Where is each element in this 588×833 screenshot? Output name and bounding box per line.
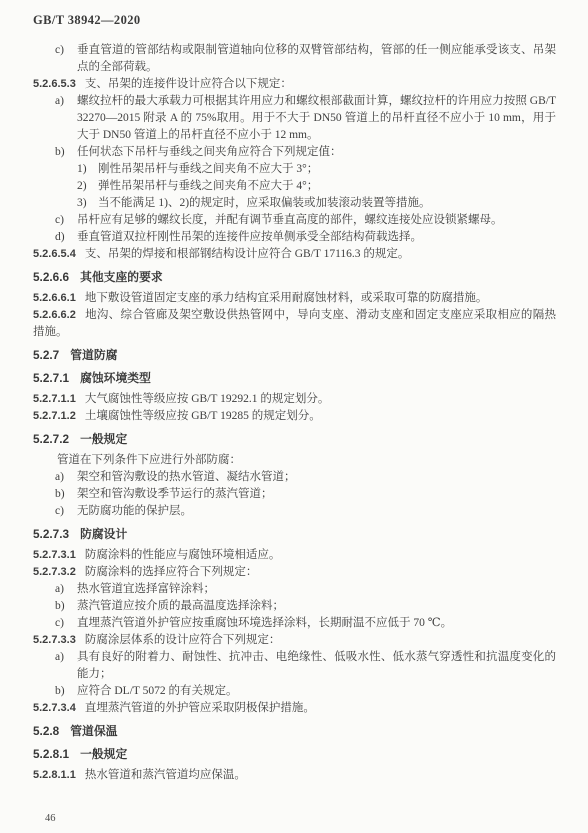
list-item-text: 垂直管道的管部结构或限制管道轴向位移的双臂管部结构，管部的任一侧应能承受该支、吊…: [77, 42, 556, 76]
list-item: b)蒸汽管道应按介质的最高温度选择涂料；: [55, 598, 556, 615]
clause-text: 大气腐蚀性等级应按 GB/T 19292.1 的规定划分。: [85, 393, 330, 405]
list-item: a)具有良好的附着力、耐蚀性、抗冲击、电绝缘性、低吸水性、低水蒸气穿透性和抗温度…: [55, 649, 556, 683]
list-item-text: 当不能满足 1)、2)的规定时，应采取偏装或加装滚动装置等措施。: [98, 195, 556, 212]
list-item-text: 直埋蒸汽管道外护管应按重腐蚀环境选择涂料，长期耐温不应低于 70 ℃。: [77, 615, 556, 632]
heading-number: 5.2.7.2: [33, 432, 69, 446]
clause-paragraph: 5.2.6.6.1地下敷设管道固定支座的承力结构宜采用耐腐蚀材料，或采取可靠的防…: [33, 290, 556, 307]
heading-title: 防腐设计: [80, 527, 127, 541]
document-body: c)垂直管道的管部结构或限制管道轴向位移的双臂管部结构，管部的任一侧应能承受该支…: [33, 42, 556, 784]
heading-title: 管道防腐: [70, 348, 117, 362]
heading-title: 腐蚀环境类型: [80, 371, 151, 385]
list-item: a)热水管道宜选择富锌涂料；: [55, 581, 556, 598]
clause-paragraph: 5.2.7.3.1防腐涂料的性能应与腐蚀环境相适应。: [33, 547, 556, 564]
section-heading: 5.2.7.3防腐设计: [33, 526, 556, 543]
clause-paragraph: 5.2.7.1.2土壤腐蚀性等级应按 GB/T 19285 的规定划分。: [33, 408, 556, 425]
list-item: c)垂直管道的管部结构或限制管道轴向位移的双臂管部结构，管部的任一侧应能承受该支…: [55, 42, 556, 76]
clause-paragraph: 5.2.6.5.3支、吊架的连接件设计应符合以下规定：: [33, 76, 556, 93]
clause-text: 防腐涂料的选择应符合下列规定：: [85, 566, 258, 578]
heading-number: 5.2.6.6: [33, 270, 69, 284]
heading-number: 5.2.8: [33, 724, 59, 738]
list-item-text: 螺纹拉杆的最大承载力可根据其许用应力和螺纹根部截面计算，螺纹拉杆的许用应力按照 …: [77, 93, 556, 144]
clause-paragraph: 5.2.7.3.4直埋蒸汽管道的外护管应采取阴极保护措施。: [33, 700, 556, 717]
clause-number: 5.2.7.3.1: [33, 549, 76, 561]
list-item-text: 任何状态下吊杆与垂线之间夹角应符合下列规定值：: [77, 144, 556, 161]
list-item-text: 架空和管沟敷设的热水管道、凝结水管道；: [77, 469, 556, 486]
clause-number: 5.2.6.6.1: [33, 292, 76, 304]
list-item-label: c): [55, 42, 77, 76]
section-heading: 5.2.8管道保温: [33, 723, 556, 740]
list-item-label: c): [55, 615, 77, 632]
heading-number: 5.2.7: [33, 348, 59, 362]
clause-number: 5.2.7.1.2: [33, 410, 76, 422]
heading-number: 5.2.8.1: [33, 747, 69, 761]
clause-paragraph: 5.2.6.6.2地沟、综合管廊及架空敷设供热管网中，导向支座、滑动支座和固定支…: [33, 307, 556, 341]
sub-list-item: 3)当不能满足 1)、2)的规定时，应采取偏装或加装滚动装置等措施。: [77, 195, 556, 212]
list-item-label: a): [55, 469, 77, 486]
list-item-label: a): [55, 649, 77, 683]
section-heading: 5.2.7管道防腐: [33, 347, 556, 364]
heading-title: 其他支座的要求: [80, 270, 163, 284]
list-item: b)架空和管沟敷设季节运行的蒸汽管道；: [55, 486, 556, 503]
list-item-text: 垂直管道双拉杆刚性吊架的连接件应按单侧承受全部结构荷载选择。: [77, 229, 556, 246]
list-item-label: c): [55, 503, 77, 520]
list-item-text: 热水管道宜选择富锌涂料；: [77, 581, 556, 598]
list-item-label: a): [55, 581, 77, 598]
list-item: b)应符合 DL/T 5072 的有关规定。: [55, 683, 556, 700]
list-item-label: 2): [77, 178, 98, 195]
list-item-label: b): [55, 683, 77, 700]
list-item: c)无防腐功能的保护层。: [55, 503, 556, 520]
page-number: 46: [45, 810, 56, 827]
list-item-label: b): [55, 598, 77, 615]
section-heading: 5.2.8.1一般规定: [33, 746, 556, 763]
clause-text: 防腐涂层体系的设计应符合下列规定：: [85, 634, 281, 646]
section-heading: 5.2.7.2一般规定: [33, 431, 556, 448]
list-item-label: b): [55, 486, 77, 503]
heading-title: 管道保温: [70, 724, 117, 738]
list-item-label: 1): [77, 161, 98, 178]
list-item-text: 具有良好的附着力、耐蚀性、抗冲击、电绝缘性、低吸水性、低水蒸气穿透性和抗温度变化…: [77, 649, 556, 683]
clause-text: 土壤腐蚀性等级应按 GB/T 19285 的规定划分。: [85, 410, 321, 422]
list-item-label: 3): [77, 195, 98, 212]
clause-paragraph: 5.2.8.1.1热水管道和蒸汽管道均应保温。: [33, 767, 556, 784]
clause-text: 热水管道和蒸汽管道均应保温。: [85, 769, 246, 781]
list-item: a)螺纹拉杆的最大承载力可根据其许用应力和螺纹根部截面计算，螺纹拉杆的许用应力按…: [55, 93, 556, 144]
clause-text: 防腐涂料的性能应与腐蚀环境相适应。: [85, 549, 281, 561]
clause-text: 支、吊架的焊接和根部钢结构设计应符合 GB/T 17116.3 的规定。: [85, 248, 410, 260]
clause-text: 地下敷设管道固定支座的承力结构宜采用耐腐蚀材料，或采取可靠的防腐措施。: [85, 292, 488, 304]
section-heading: 5.2.7.1腐蚀环境类型: [33, 370, 556, 387]
list-item-label: b): [55, 144, 77, 161]
clause-number: 5.2.6.6.2: [33, 309, 76, 321]
list-item-text: 无防腐功能的保护层。: [77, 503, 556, 520]
heading-number: 5.2.7.3: [33, 527, 69, 541]
list-item-text: 架空和管沟敷设季节运行的蒸汽管道；: [77, 486, 556, 503]
clause-number: 5.2.7.3.4: [33, 702, 76, 714]
sub-list-item: 2)弹性吊架吊杆与垂线之间夹角不应大于 4°；: [77, 178, 556, 195]
list-item-label: d): [55, 229, 77, 246]
list-item: b)任何状态下吊杆与垂线之间夹角应符合下列规定值：: [55, 144, 556, 161]
list-item-text: 吊杆应有足够的螺纹长度，并配有调节垂直高度的部件，螺纹连接处应设锁紧螺母。: [77, 212, 556, 229]
clause-number: 5.2.6.5.4: [33, 248, 76, 260]
heading-title: 一般规定: [80, 747, 127, 761]
clause-paragraph: 5.2.6.5.4支、吊架的焊接和根部钢结构设计应符合 GB/T 17116.3…: [33, 246, 556, 263]
clause-paragraph: 5.2.7.3.3防腐涂层体系的设计应符合下列规定：: [33, 632, 556, 649]
clause-number: 5.2.7.3.3: [33, 634, 76, 646]
paragraph: 管道在下列条件下应进行外部防腐：: [33, 452, 556, 469]
clause-number: 5.2.8.1.1: [33, 769, 76, 781]
clause-number: 5.2.7.3.2: [33, 566, 76, 578]
list-item-text: 蒸汽管道应按介质的最高温度选择涂料；: [77, 598, 556, 615]
list-item-label: c): [55, 212, 77, 229]
clause-number: 5.2.6.5.3: [33, 78, 76, 90]
list-item-label: a): [55, 93, 77, 144]
clause-text: 地沟、综合管廊及架空敷设供热管网中，导向支座、滑动支座和固定支座应采取相应的隔热…: [33, 309, 556, 338]
clause-text: 支、吊架的连接件设计应符合以下规定：: [85, 78, 292, 90]
list-item: d)垂直管道双拉杆刚性吊架的连接件应按单侧承受全部结构荷载选择。: [55, 229, 556, 246]
sub-list-item: 1)刚性吊架吊杆与垂线之间夹角不应大于 3°；: [77, 161, 556, 178]
standard-document-page: GB/T 38942—2020 c)垂直管道的管部结构或限制管道轴向位移的双臂管…: [0, 0, 588, 833]
list-item: a)架空和管沟敷设的热水管道、凝结水管道；: [55, 469, 556, 486]
clause-number: 5.2.7.1.1: [33, 393, 76, 405]
section-heading: 5.2.6.6其他支座的要求: [33, 269, 556, 286]
list-item-text: 应符合 DL/T 5072 的有关规定。: [77, 683, 556, 700]
heading-number: 5.2.7.1: [33, 371, 69, 385]
clause-text: 直埋蒸汽管道的外护管应采取阴极保护措施。: [85, 702, 315, 714]
heading-title: 一般规定: [80, 432, 127, 446]
clause-paragraph: 5.2.7.3.2防腐涂料的选择应符合下列规定：: [33, 564, 556, 581]
clause-paragraph: 5.2.7.1.1大气腐蚀性等级应按 GB/T 19292.1 的规定划分。: [33, 391, 556, 408]
list-item: c)直埋蒸汽管道外护管应按重腐蚀环境选择涂料，长期耐温不应低于 70 ℃。: [55, 615, 556, 632]
list-item-text: 弹性吊架吊杆与垂线之间夹角不应大于 4°；: [98, 178, 556, 195]
running-head-standard-number: GB/T 38942—2020: [33, 12, 556, 29]
list-item-text: 刚性吊架吊杆与垂线之间夹角不应大于 3°；: [98, 161, 556, 178]
list-item: c)吊杆应有足够的螺纹长度，并配有调节垂直高度的部件，螺纹连接处应设锁紧螺母。: [55, 212, 556, 229]
